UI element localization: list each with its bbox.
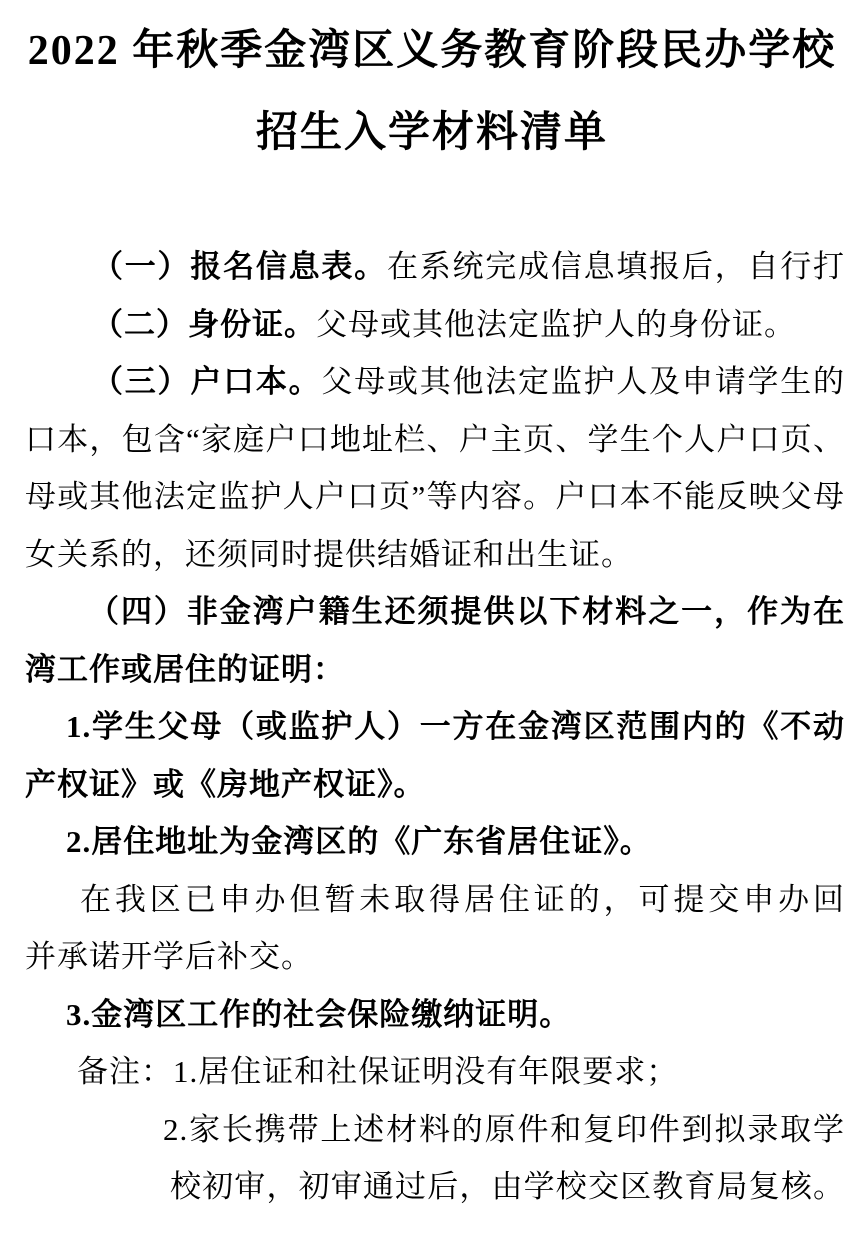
text-line: 并承诺开学后补交。 — [25, 928, 845, 986]
text-line: 湾工作或居住的证明： — [25, 641, 845, 699]
document-body: （一）报名信息表。在系统完成信息填报后，自行打印。（二）身份证。父母或其他法定监… — [0, 238, 864, 1216]
document-page: 2022 年秋季金湾区义务教育阶段民办学校 招生入学材料清单 （一）报名信息表。… — [0, 0, 864, 1254]
text-line: 3.金湾区工作的社会保险缴纳证明。 — [66, 986, 845, 1044]
bold-text-segment: 2.居住地址为金湾区的《广东省居住证》。 — [66, 824, 652, 859]
text-line: （二）身份证。父母或其他法定监护人的身份证。 — [92, 296, 845, 354]
bold-text-segment: 1.学生父母（或监护人）一方在金湾区范围内的《不动 — [66, 709, 845, 744]
text-segment: 2.家长携带上述材料的原件和复印件到拟录取学 — [163, 1112, 845, 1147]
bold-text-segment: 3.金湾区工作的社会保险缴纳证明。 — [66, 997, 571, 1032]
text-line: 在我区已申办但暂未取得居住证的，可提交申办回执， — [80, 871, 845, 929]
text-line: 口本，包含“家庭户口地址栏、户主页、学生个人户口页、父 — [25, 411, 845, 469]
bold-text-segment: 产权证》或《房地产权证》。 — [25, 767, 426, 802]
text-line: （四）非金湾户籍生还须提供以下材料之一，作为在金 — [88, 583, 845, 641]
text-line: 校初审，初审通过后，由学校交区教育局复核。 — [170, 1158, 845, 1216]
text-segment: 母或其他法定监护人户口页”等内容。户口本不能反映父母子 — [25, 479, 845, 526]
text-segment: 备注：1.居住证和社保证明没有年限要求； — [77, 1054, 678, 1089]
text-line: 女关系的，还须同时提供结婚证和出生证。 — [25, 526, 845, 584]
text-line: 母或其他法定监护人户口页”等内容。户口本不能反映父母子 — [25, 468, 845, 526]
bold-text-segment: 湾工作或居住的证明： — [25, 652, 345, 687]
text-line: 备注：1.居住证和社保证明没有年限要求； — [77, 1043, 845, 1101]
bold-text-segment: （三）户口本。 — [92, 364, 321, 399]
text-segment: 并承诺开学后补交。 — [25, 939, 313, 974]
text-line: （三）户口本。父母或其他法定监护人及申请学生的户 — [92, 353, 845, 411]
text-segment: 在我区已申办但暂未取得居住证的，可提交申办回执， — [80, 882, 845, 929]
document-title: 2022 年秋季金湾区义务教育阶段民办学校 招生入学材料清单 — [0, 0, 864, 174]
document-title-line-1: 2022 年秋季金湾区义务教育阶段民办学校 — [0, 10, 864, 92]
text-segment: 校初审，初审通过后，由学校交区教育局复核。 — [170, 1169, 845, 1204]
text-line: （一）报名信息表。在系统完成信息填报后，自行打印。 — [92, 238, 845, 296]
text-line: 2.家长携带上述材料的原件和复印件到拟录取学 — [163, 1101, 845, 1159]
text-line: 产权证》或《房地产权证》。 — [25, 756, 845, 814]
text-line: 1.学生父母（或监护人）一方在金湾区范围内的《不动 — [66, 698, 845, 756]
text-segment: 父母或其他法定监护人的身份证。 — [316, 307, 796, 342]
bold-text-segment: （一）报名信息表。 — [92, 249, 387, 284]
bold-text-segment: （二）身份证。 — [92, 307, 316, 342]
document-title-line-2: 招生入学材料清单 — [0, 92, 864, 174]
text-segment: 女关系的，还须同时提供结婚证和出生证。 — [25, 537, 633, 572]
bold-text-segment: （四）非金湾户籍生还须提供以下材料之一，作为在金 — [88, 594, 845, 641]
text-segment: 口本，包含“家庭户口地址栏、户主页、学生个人户口页、父 — [25, 422, 845, 469]
text-line: 2.居住地址为金湾区的《广东省居住证》。 — [66, 813, 845, 871]
